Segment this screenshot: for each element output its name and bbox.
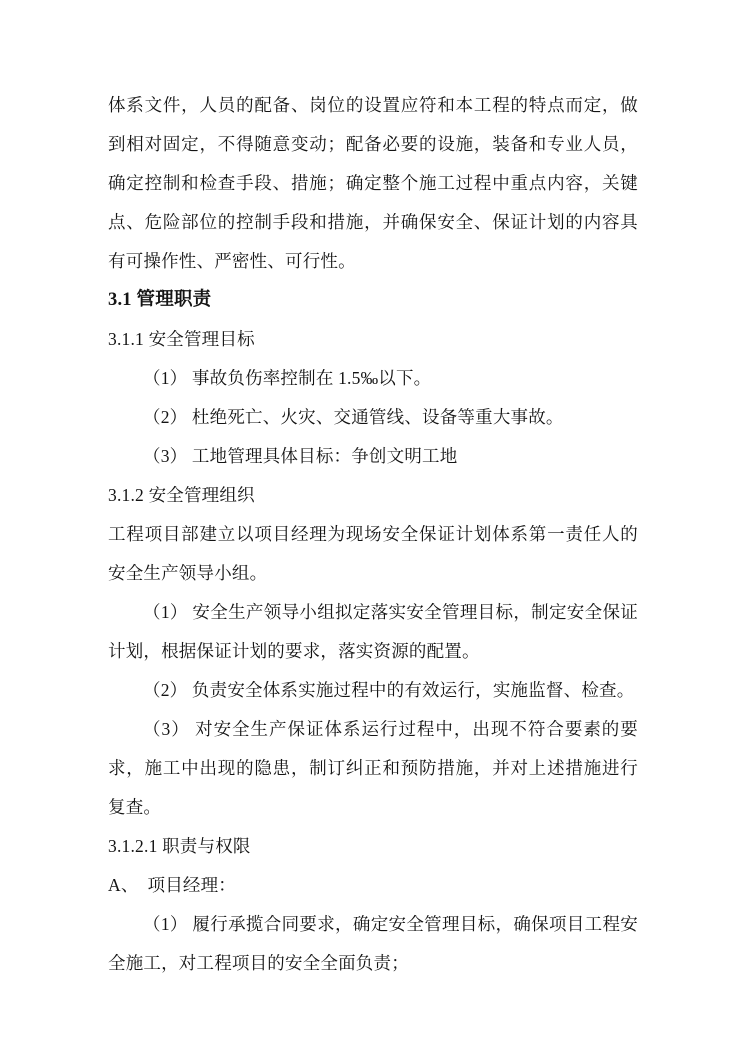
list-item-org-1: （1） 安全生产领导小组拟定落实安全管理目标，制定安全保证计划，根据保证计划的要… xyxy=(108,593,638,671)
list-item-goal-2: （2） 杜绝死亡、火灾、交通管线、设备等重大事故。 xyxy=(108,398,638,437)
list-item-goal-1: （1） 事故负伤率控制在 1.5‰以下。 xyxy=(108,359,638,398)
heading-safety-organization: 3.1.2 安全管理组织 xyxy=(108,476,638,515)
heading-duties-authority: 3.1.2.1 职责与权限 xyxy=(108,827,638,866)
heading-management-duties: 3.1 管理职责 xyxy=(108,281,638,320)
list-item-org-3: （3） 对安全生产保证体系运行过程中，出现不符合要素的要求，施工中出现的隐患，制… xyxy=(108,710,638,827)
paragraph-org-description: 工程项目部建立以项目经理为现场安全保证计划体系第一责任人的安全生产领导小组。 xyxy=(108,515,638,593)
heading-safety-goals: 3.1.1 安全管理目标 xyxy=(108,320,638,359)
paragraph-intro-continuation: 体系文件，人员的配备、岗位的设置应符和本工程的特点而定，做到相对固定，不得随意变… xyxy=(108,86,638,281)
label-project-manager: A、 项目经理： xyxy=(108,866,638,905)
document-page: 体系文件，人员的配备、岗位的设置应符和本工程的特点而定，做到相对固定，不得随意变… xyxy=(0,0,744,1052)
list-item-org-2: （2） 负责安全体系实施过程中的有效运行，实施监督、检查。 xyxy=(108,671,638,710)
list-item-pm-duty-1: （1） 履行承揽合同要求，确定安全管理目标，确保项目工程安全施工，对工程项目的安… xyxy=(108,905,638,983)
list-item-goal-3: （3） 工地管理具体目标：争创文明工地 xyxy=(108,437,638,476)
